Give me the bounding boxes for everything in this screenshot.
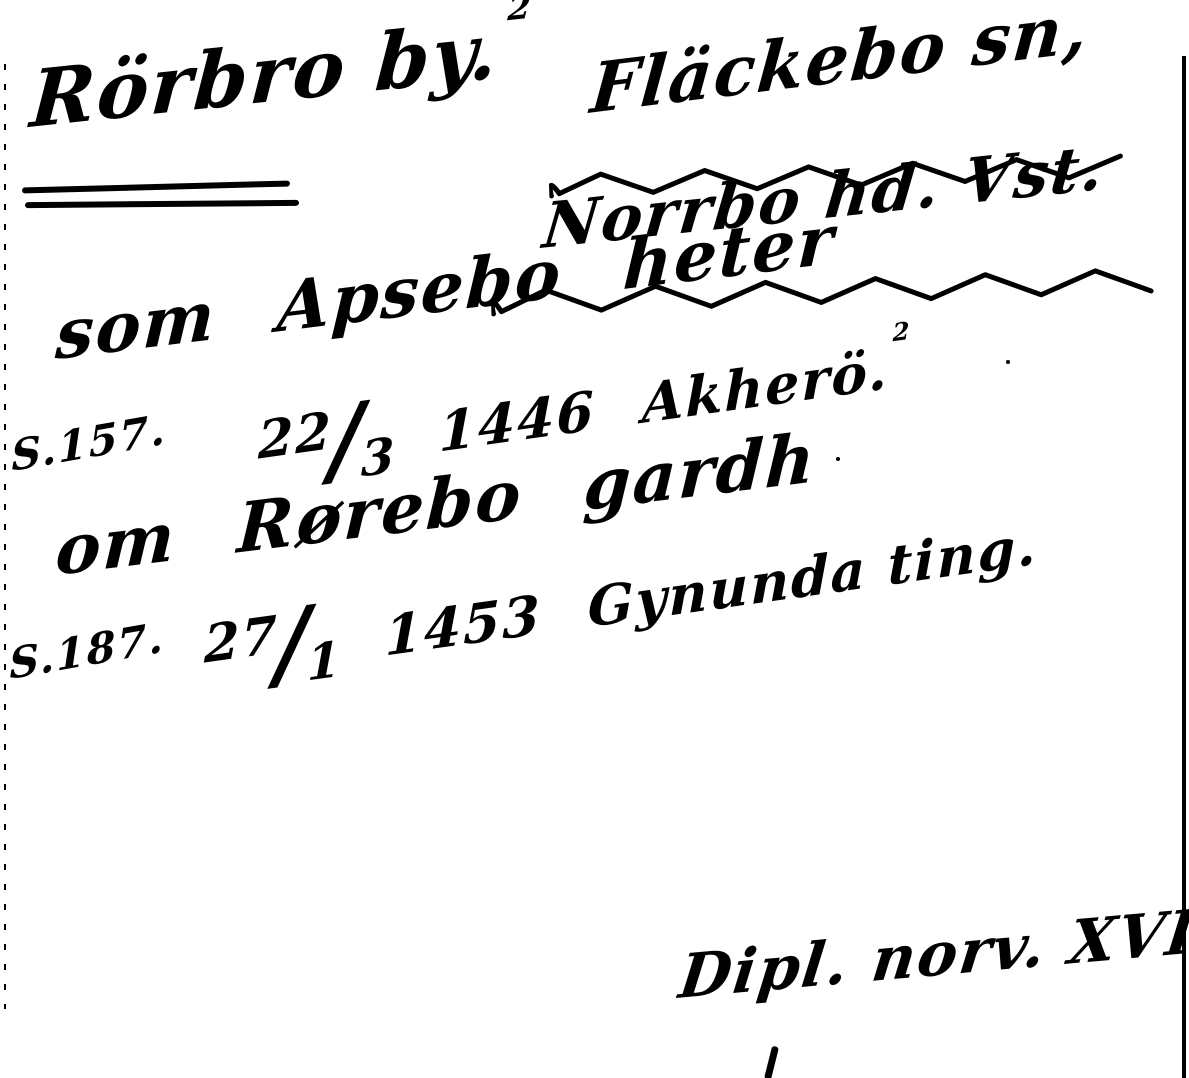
entry-2-source: Gynunda ting. xyxy=(588,512,1038,640)
entry-1-date-day: 22 xyxy=(258,401,333,472)
place-name: Rörbro xyxy=(28,21,350,146)
entry-1-page-ref: S.157. xyxy=(11,408,168,478)
heading-underline-top xyxy=(22,180,290,193)
entry-2-date-fraction: 27/1 xyxy=(204,610,342,694)
place-type: by. xyxy=(372,5,502,110)
entry-1-prefix: som xyxy=(54,275,219,376)
entry-2-date-slash: / xyxy=(275,585,311,702)
archive-card: Rörbro by.2 Fläckebo sn, Norrbo hd. Vst.… xyxy=(0,0,1189,1078)
entry-2-prefix: om xyxy=(54,496,179,592)
heading-line: Rörbro by.2 xyxy=(28,9,526,140)
entry-1-query-mark: 2 xyxy=(893,316,912,348)
entry-2-date-day: 27 xyxy=(204,605,279,676)
footer-source-ref: Dipl. norv. XVI. xyxy=(676,900,1189,1008)
entry-2-page-ref: S.187. xyxy=(9,616,166,686)
entry-2-date-year: 1453 xyxy=(385,582,542,669)
entry-1-name-form: Apsebo xyxy=(275,233,564,349)
heading-query-mark: 2 xyxy=(507,0,534,28)
entry-1-source: Akherö. xyxy=(642,337,889,436)
heading-underline-bottom xyxy=(25,200,299,208)
stray-ink-mark xyxy=(764,1046,779,1078)
entry-2-date-month: 1 xyxy=(307,630,342,693)
ink-speck xyxy=(1006,360,1010,364)
ink-speck xyxy=(836,457,840,461)
card-left-edge xyxy=(4,64,6,1009)
parish-line: Fläckebo sn, xyxy=(588,0,1092,124)
